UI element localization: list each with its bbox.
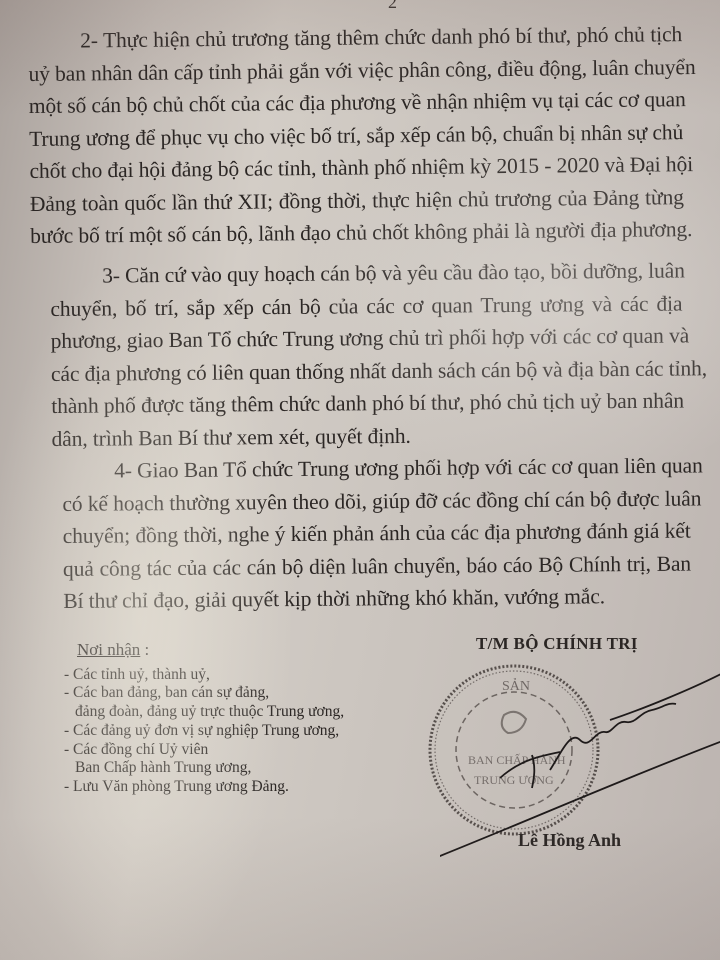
paragraph-3: 3- Căn cứ vào quy hoạch cán bộ và yêu cầ…: [50, 254, 684, 455]
recipients-title-colon: :: [140, 640, 149, 659]
paragraph-line: chuyển, bố trí, sắp xếp cán bộ của các c…: [50, 287, 682, 325]
paragraph-2: 2- Thực hiện chủ trương tăng thêm chức d…: [28, 18, 684, 252]
page-number: 2: [388, 0, 397, 13]
recipient-item: Ban Chấp hành Trung ương,: [64, 759, 344, 778]
paragraph-line: có kế hoạch thường xuyên theo dõi, giúp …: [62, 482, 690, 520]
paragraph-line: dân, trình Ban Bí thư xem xét, quyết địn…: [51, 417, 683, 455]
recipients-title: Nơi nhận: [77, 641, 140, 660]
recipient-item: - Các ban đảng, ban cán sự đảng,: [64, 684, 344, 703]
paragraph-line: chuyển; đồng thời, nghe ý kiến phản ánh …: [63, 515, 691, 553]
paragraph-line: thành phố được tăng thêm chức danh phó b…: [51, 384, 683, 422]
signer-name: Lê Hồng Anh: [518, 830, 621, 851]
recipient-item: - Các đảng uỷ đơn vị sự nghiệp Trung ươn…: [64, 722, 344, 741]
paragraph-line: bước bố trí một số cán bộ, lãnh đạo chủ …: [30, 213, 684, 252]
recipient-item: - Các tỉnh uỷ, thành uỷ,: [64, 666, 344, 685]
paragraph-line: các địa phương có liên quan thống nhất d…: [51, 352, 683, 390]
recipient-item: đảng đoàn, đảng uỷ trực thuộc Trung ương…: [64, 703, 344, 722]
recipient-item: - Lưu Văn phòng Trung ương Đảng.: [64, 778, 344, 797]
recipients-block: Nơi nhận : - Các tỉnh uỷ, thành uỷ, - Cá…: [64, 641, 344, 797]
recipient-item: - Các đồng chí Uỷ viên: [64, 741, 344, 760]
paragraph-4: 4- Giao Ban Tổ chức Trung ương phối hợp …: [62, 450, 691, 618]
paragraph-line: quả công tác của các cán bộ diện luân ch…: [63, 547, 691, 585]
paragraph-line: Bí thư chỉ đạo, giải quyết kịp thời nhữn…: [63, 580, 691, 618]
paragraph-line: 3- Căn cứ vào quy hoạch cán bộ và yêu cầ…: [50, 254, 682, 292]
signature-title: T/M BỘ CHÍNH TRỊ: [476, 634, 638, 654]
paragraph-line: phương, giao Ban Tổ chức Trung ương chủ …: [51, 319, 683, 357]
paragraph-line: 4- Giao Ban Tổ chức Trung ương phối hợp …: [62, 450, 690, 488]
